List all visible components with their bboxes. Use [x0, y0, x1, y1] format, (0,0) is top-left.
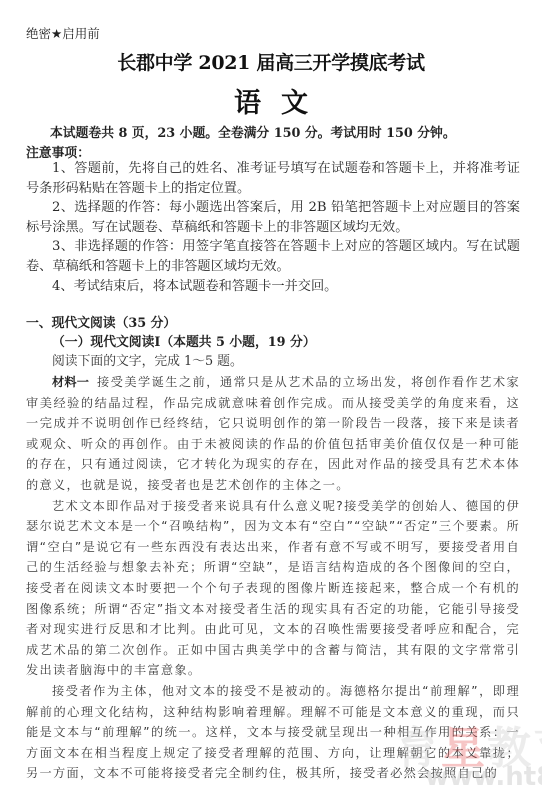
watermark-url: www.ht88.com [425, 762, 542, 787]
section-subheading: （一）现代文阅读Ⅰ（本题共 5 小题，19 分） [52, 331, 316, 350]
passage-paragraph: 艺术文本即作品对于接受者来说具有什么意义呢?接受美学的创始人、德国的伊瑟尔说艺术… [26, 496, 520, 681]
notice-item: 3、非选择题的作答：用签字笔直接答在答题卡上对应的答题区域内。写在试题卷、草稿纸… [26, 237, 520, 276]
exam-info: 本试题卷共 8 页，23 小题。全卷满分 150 分。考试用时 150 分钟。 [50, 122, 456, 141]
passage-paragraph: 材料一接受美学诞生之前，通常只是从艺术品的立场出发，将创作看作艺术家审美经验的结… [26, 372, 520, 496]
subject-char-2: 文 [281, 81, 308, 120]
material-label: 材料一 [52, 375, 89, 389]
subject-title: 语文 [0, 81, 542, 120]
notice-item: 1、答题前，先将自己的姓名、准考证号填写在试题卷和答题卡上，并将准考证号条形码粘… [26, 159, 520, 198]
paragraph-text: 接受美学诞生之前，通常只是从艺术品的立场出发，将创作看作艺术家审美经验的结晶过程… [26, 375, 520, 492]
exam-title: 长郡中学 2021 届高三开学摸底考试 [0, 48, 542, 75]
section-instruction: 阅读下面的文字，完成 1～5 题。 [52, 350, 243, 369]
notice-item: 2、选择题的作答：每小题选出答案后，用 2B 铅笔把答题卡上对应题目的答案标号涂… [26, 198, 520, 237]
subject-char-1: 语 [234, 81, 261, 120]
section-heading: 一、现代文阅读（35 分） [26, 312, 176, 331]
confidential-label: 绝密★启用前 [26, 24, 100, 42]
notice-item: 4、考试结束后，将本试题卷和答题卡一并交回。 [26, 277, 520, 297]
notice-list: 1、答题前，先将自己的姓名、准考证号填写在试题卷和答题卡上，并将准考证号条形码粘… [26, 159, 520, 296]
